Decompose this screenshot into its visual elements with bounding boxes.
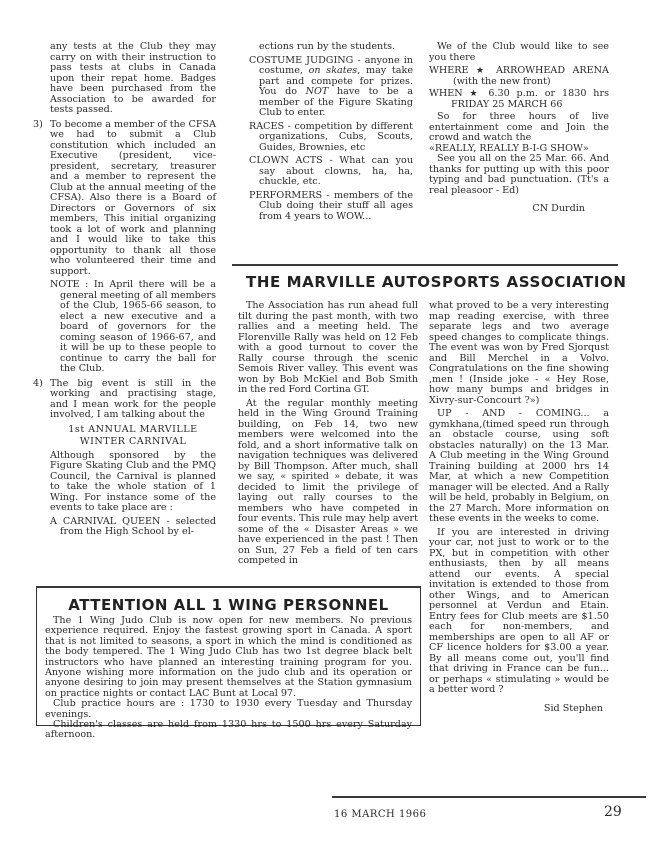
section-divider <box>232 264 618 266</box>
judo-paragraph-1: The 1 Wing Judo Club is now open for new… <box>45 616 412 699</box>
list-item-4: 4) The big event is still in the working… <box>33 379 216 538</box>
clown-acts-item: CLOWN ACTS - What can you say about clow… <box>249 156 413 188</box>
where-value: ARROWHEAD ARENA <box>496 65 609 76</box>
three-hours-paragraph: So for three hours of live entertainment… <box>429 112 609 144</box>
column-3-event-details: We of the Club would like to see you the… <box>429 42 609 218</box>
where-subtitle: (with the new front) <box>429 77 609 88</box>
autosports-heading: THE MARVILLE AUTOSPORTS ASSOCIATION <box>246 273 627 291</box>
judo-practice-hours: Club practice hours are : 1730 to 1930 e… <box>45 699 412 720</box>
sponsor-paragraph: Although sponsored by the Figure Skating… <box>50 451 216 514</box>
judo-children-classes: Children's classes are held from 1330 hr… <box>45 720 412 741</box>
autosports-paragraph-5: If you are interested in driving your ca… <box>429 528 609 696</box>
autosports-paragraph-1: The Association has run ahead full tilt … <box>238 301 418 396</box>
autosports-column-left: The Association has run ahead full tilt … <box>238 301 418 570</box>
signature-durdin: CN Durdin <box>429 204 609 215</box>
when-label: WHEN <box>429 88 463 99</box>
when-value: 6.30 p.m. or 1830 hrs <box>488 88 609 99</box>
column-2-events: ections run by the students. COSTUME JUD… <box>249 42 413 225</box>
autosports-paragraph-4: UP - AND - COMING... a gymkhana,(timed s… <box>429 409 609 525</box>
column-1: any tests at the Club they may carry on … <box>50 42 216 541</box>
cfsa-membership-paragraph: To become a member of the CFSA we had to… <box>50 120 216 278</box>
note-text: NOTE : In April there will be a general … <box>50 279 216 374</box>
performers-item: PERFORMERS - members of the Club doing t… <box>249 191 413 223</box>
costume-emphasis-not: NOT <box>306 86 329 97</box>
star-icon: ★ <box>470 89 482 99</box>
autosports-paragraph-3: what proved to be a very interesting map… <box>429 301 609 406</box>
autosports-paragraph-2: At the regular monthly meeting held in t… <box>238 399 418 567</box>
when-line: WHEN ★ 6.30 p.m. or 1830 hrs <box>429 89 609 100</box>
signature-stephen: Sid Stephen <box>429 704 609 715</box>
judo-box-title: ATTENTION ALL 1 WING PERSONNEL <box>37 596 420 614</box>
item-number: 4) <box>33 379 43 390</box>
page-number: 29 <box>604 804 622 820</box>
star-icon: ★ <box>476 66 489 76</box>
races-item: RACES - competition by different organiz… <box>249 122 413 154</box>
carnival-queen-item: A CARNIVAL QUEEN - selected from the Hig… <box>50 517 216 538</box>
item-number: 3) <box>33 120 43 131</box>
judo-club-notice-box: ATTENTION ALL 1 WING PERSONNEL The 1 Win… <box>36 588 421 726</box>
where-label: WHERE <box>429 65 468 76</box>
issue-date: 16 MARCH 1966 <box>334 809 426 820</box>
when-date: FRIDAY 25 MARCH 66 <box>429 100 609 111</box>
big-event-paragraph: The big event is still in the working an… <box>50 379 216 421</box>
carnival-title-line-2: WINTER CARNIVAL <box>50 437 216 448</box>
carnival-title-line-1: 1st ANNUAL MARVILLE <box>50 425 216 436</box>
list-item-3: 3) To become a member of the CFSA we had… <box>33 120 216 375</box>
invitation-paragraph: We of the Club would like to see you the… <box>429 42 609 63</box>
queen-continuation: ections run by the students. <box>249 42 413 53</box>
footer-rule <box>332 796 646 798</box>
autosports-column-right: what proved to be a very interesting map… <box>429 301 609 717</box>
where-line: WHERE ★ ARROWHEAD ARENA <box>429 66 609 77</box>
note-paragraph: NOTE : In April there will be a general … <box>50 280 216 375</box>
skating-tests-paragraph: any tests at the Club they may carry on … <box>50 42 216 116</box>
costume-emphasis: on skates <box>309 65 358 76</box>
judo-box-body: The 1 Wing Judo Club is now open for new… <box>45 616 412 741</box>
see-you-paragraph: See you all on the 25 Mar. 66. And thank… <box>429 154 609 196</box>
costume-judging-item: COSTUME JUDGING - anyone in costume, on … <box>249 56 413 119</box>
